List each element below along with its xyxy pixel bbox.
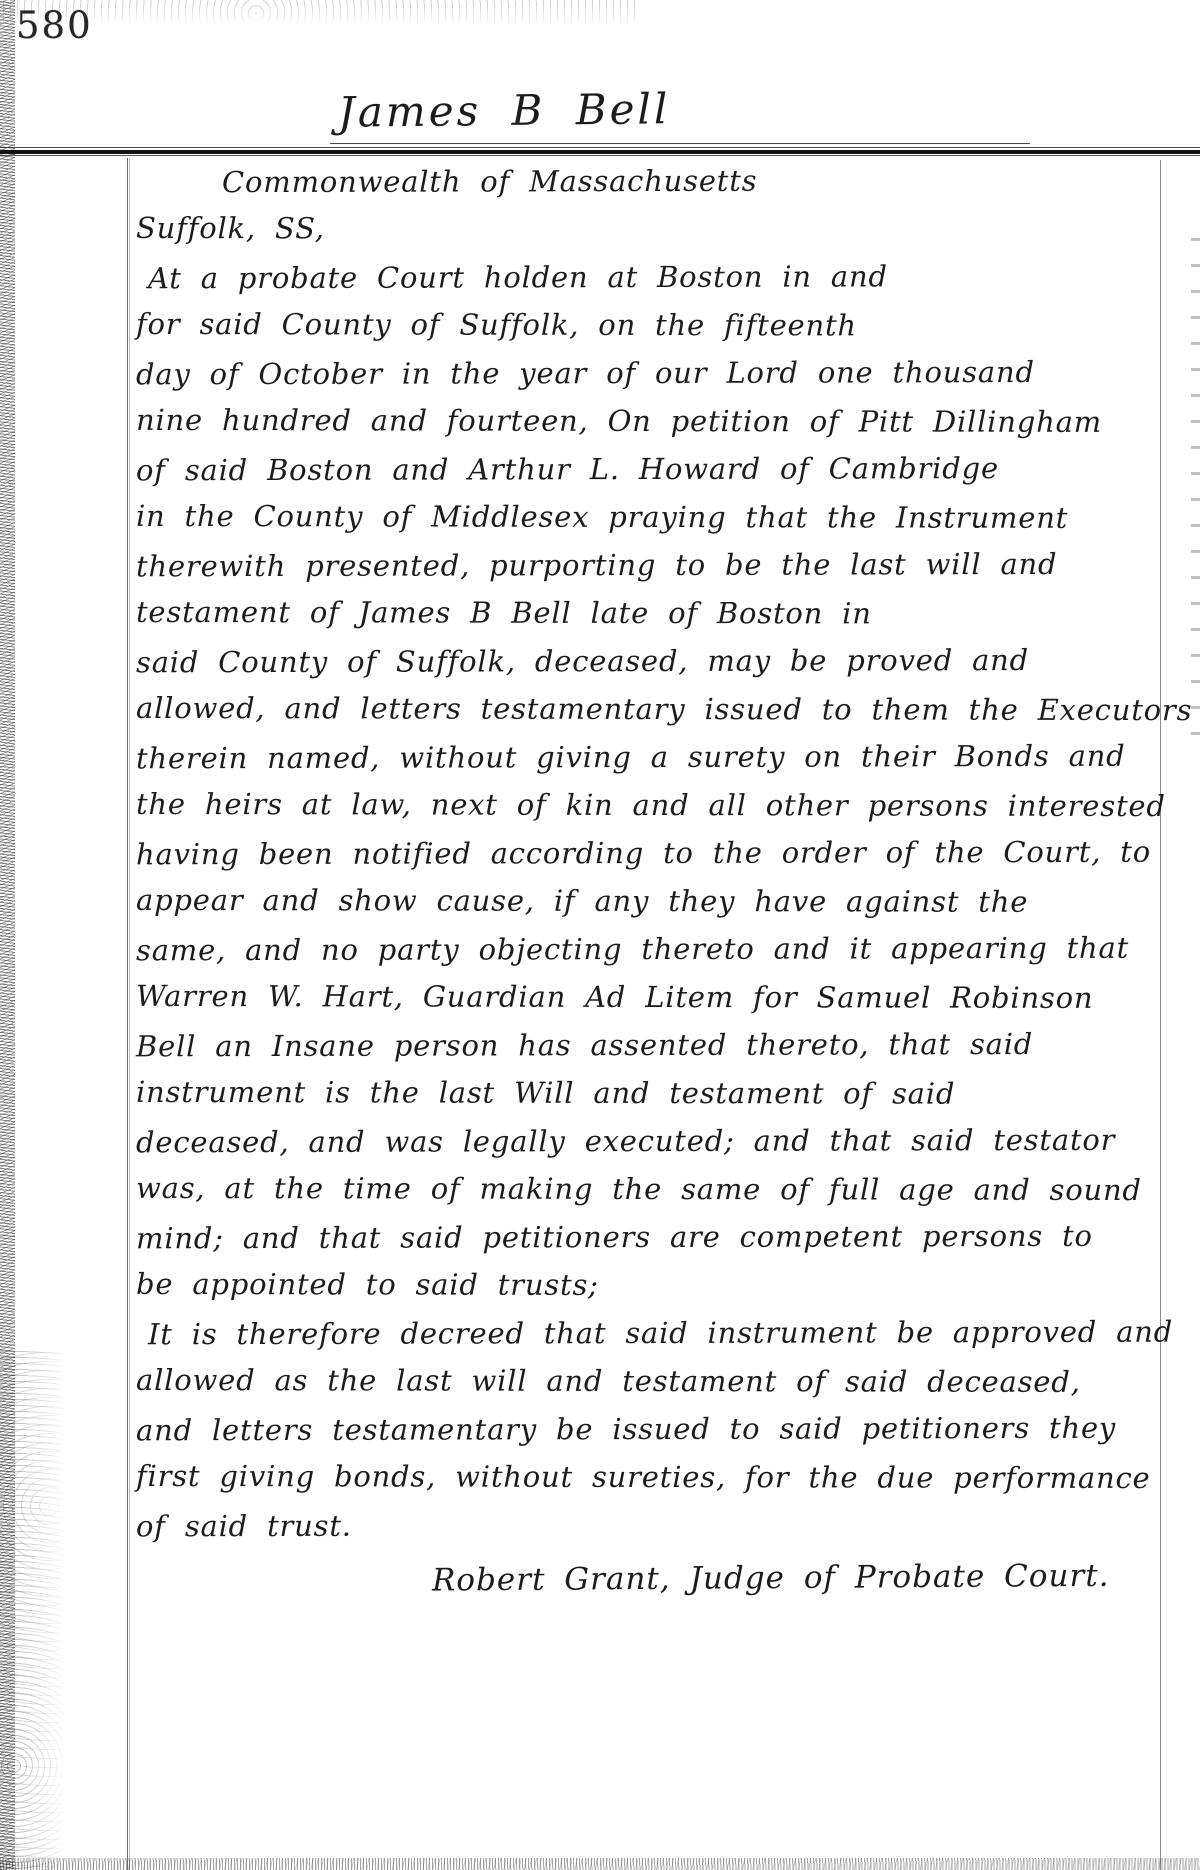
handwritten-line: first giving bonds, without sureties, fo…: [136, 1452, 1162, 1502]
handwritten-line: be appointed to said trusts;: [136, 1260, 1162, 1310]
handwritten-body: Commonwealth of Massachusetts Suffolk, S…: [136, 157, 1162, 1609]
handwritten-line: same, and no party objecting thereto and…: [136, 924, 1162, 975]
scanned-probate-record-page: { "page": { "number": "580" }, "header":…: [0, 0, 1200, 1870]
handwritten-line-suffolk: Suffolk, SS,: [136, 204, 1162, 254]
handwritten-line: in the County of Middlesex praying that …: [136, 492, 1162, 542]
handwritten-line: At a probate Court holden at Boston in a…: [136, 252, 1162, 303]
handwritten-line: therewith presented, purporting to be th…: [136, 540, 1162, 591]
handwritten-line: testament of James B Bell late of Boston…: [136, 588, 1162, 638]
handwritten-line: day of October in the year of our Lord o…: [136, 348, 1162, 399]
handwritten-line: Warren W. Hart, Guardian Ad Litem for Sa…: [136, 972, 1162, 1022]
handwritten-line: Bell an Insane person has assented there…: [136, 1020, 1162, 1071]
handwritten-line: of said trust.: [136, 1500, 1162, 1551]
bottom-edge-scan-noise: [0, 1858, 1200, 1870]
handwritten-line: was, at the time of making the same of f…: [136, 1164, 1162, 1214]
handwritten-line: allowed as the last will and testament o…: [136, 1356, 1162, 1406]
title-underline: [330, 143, 1030, 144]
handwritten-line: deceased, and was legally executed; and …: [136, 1116, 1162, 1167]
top-left-corner-speckle: [0, 0, 640, 26]
handwritten-line-commonwealth: Commonwealth of Massachusetts: [136, 156, 1162, 207]
handwritten-line: therein named, without giving a surety o…: [136, 732, 1162, 783]
handwritten-line: having been notified according to the or…: [136, 828, 1162, 879]
left-edge-scan-noise: [0, 0, 15, 1870]
handwritten-line: nine hundred and fourteen, On petition o…: [136, 396, 1162, 446]
right-edge-scan-marks: [1191, 215, 1200, 735]
document-title: James B Bell: [338, 84, 671, 136]
handwritten-line: allowed, and letters testamentary issued…: [136, 684, 1162, 734]
handwritten-line: and letters testamentary be issued to sa…: [136, 1404, 1162, 1455]
handwritten-line: said County of Suffolk, deceased, may be…: [136, 636, 1162, 687]
judge-signature: Robert Grant, Judge of Probate Court.: [136, 1545, 1162, 1612]
handwritten-line-decree-start: It is therefore decreed that said instru…: [136, 1308, 1162, 1359]
handwritten-line: instrument is the last Will and testamen…: [136, 1068, 1162, 1118]
left-margin-line: [127, 158, 130, 1870]
handwritten-line: of said Boston and Arthur L. Howard of C…: [136, 444, 1162, 495]
handwritten-line: appear and show cause, if any they have …: [136, 876, 1162, 926]
handwritten-line: the heirs at law, next of kin and all ot…: [136, 780, 1162, 830]
handwritten-line: for said County of Suffolk, on the fifte…: [136, 300, 1162, 350]
handwritten-line: mind; and that said petitioners are comp…: [136, 1212, 1162, 1263]
